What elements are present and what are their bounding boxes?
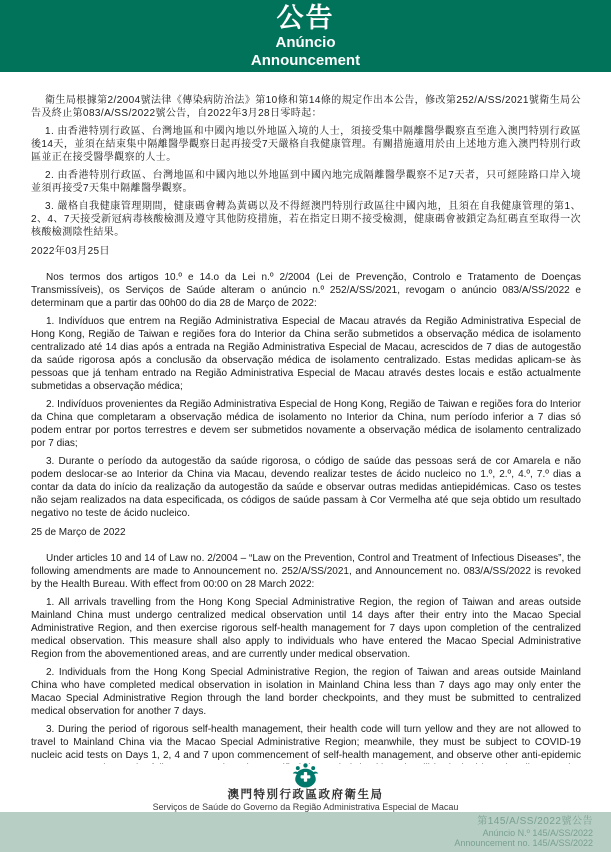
en-item-2: 2. Individuals from the Hong Kong Specia… <box>31 666 581 718</box>
zh-item-1: 1. 由香港特別行政區、台灣地區和中國內地以外地區入境的人士，須接受集中隔離醫學… <box>31 125 581 164</box>
zh-date: 2022年03月25日 <box>31 245 581 258</box>
en-item-3: 3. During the period of rigorous self-he… <box>31 723 581 764</box>
pt-item-2: 2. Indivíduos provenientes da Região Adm… <box>31 398 581 450</box>
pt-item-3: 3. Durante o período da autogestão da sa… <box>31 455 581 520</box>
banner-title-pt: Anúncio <box>0 34 611 52</box>
announcement-ref-pt: Anúncio N.º 145/A/SS/2022 <box>0 828 593 838</box>
banner-title-zh: 公告 <box>0 3 611 34</box>
macau-health-bureau-logo-icon <box>0 763 611 788</box>
pt-date: 25 de Março de 2022 <box>31 526 581 539</box>
section-english: Under articles 10 and 14 of Law no. 2/20… <box>31 552 581 764</box>
section-chinese: 衛生局根據第2/2004號法律《傳染病防治法》第10條和第14條的規定作出本公告… <box>31 94 581 258</box>
announcement-number-bar: 第145/A/SS/2022號公告 Anúncio N.º 145/A/SS/2… <box>0 812 611 852</box>
announcement-ref-zh: 第145/A/SS/2022號公告 <box>0 816 593 828</box>
agency-footer: 澳門特別行政區政府衛生局 Serviços de Saúde do Govern… <box>0 763 611 813</box>
section-portuguese: Nos termos dos artigos 10.º e 14.o da Le… <box>31 271 581 539</box>
pt-intro-paragraph: Nos termos dos artigos 10.º e 14.o da Le… <box>31 271 581 310</box>
en-item-1: 1. All arrivals travelling from the Hong… <box>31 596 581 661</box>
zh-item-2: 2. 由香港特別行政區、台灣地區和中國內地以外地區到中國內地完成隔離醫學觀察不足… <box>31 169 581 195</box>
pt-item-1: 1. Indivíduos que entrem na Região Admin… <box>31 315 581 393</box>
announcement-ref-en: Announcement no. 145/A/SS/2022 <box>0 838 593 848</box>
zh-item-3: 3. 嚴格自我健康管理期間，健康碼會轉為黃碼以及不得經澳門特別行政區往中國內地，… <box>31 200 581 239</box>
en-intro-paragraph: Under articles 10 and 14 of Law no. 2/20… <box>31 552 581 591</box>
announcement-banner: 公告 Anúncio Announcement <box>0 0 611 72</box>
zh-intro-paragraph: 衛生局根據第2/2004號法律《傳染病防治法》第10條和第14條的規定作出本公告… <box>31 94 581 120</box>
banner-title-en: Announcement <box>0 52 611 70</box>
bureau-name-zh: 澳門特別行政區政府衛生局 <box>0 789 611 802</box>
announcement-body: 衛生局根據第2/2004號法律《傳染病防治法》第10條和第14條的規定作出本公告… <box>0 72 611 764</box>
announcement-page: 公告 Anúncio Announcement 衛生局根據第2/2004號法律《… <box>0 0 611 852</box>
